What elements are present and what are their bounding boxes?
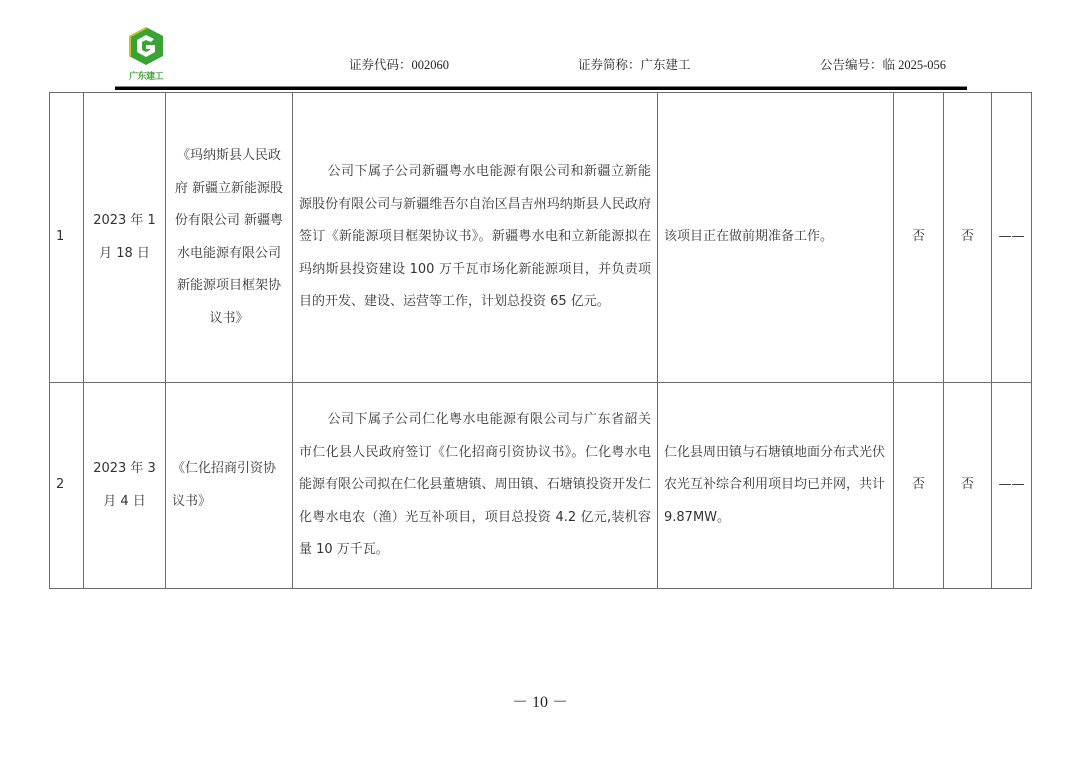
- header-divider: [115, 86, 967, 90]
- row-col7: 否: [944, 93, 992, 383]
- row-index: 1: [50, 93, 84, 383]
- row-date: 2023 年 1 月 18 日: [84, 93, 166, 383]
- row-index: 2: [50, 383, 84, 589]
- logo-g-icon: [127, 26, 165, 66]
- row-description-text: 公司下属子公司仁化粤水电能源有限公司与广东省韶关市仁化县人民政府签订《仁化招商引…: [299, 412, 651, 557]
- logo-text: 广东建工: [121, 69, 171, 82]
- row-col8: ——: [992, 383, 1032, 589]
- row-progress: 仁化县周田镇与石塘镇地面分布式光伏农光互补综合利用项目均已并网，共计 9.87M…: [658, 383, 894, 589]
- stock-name: 证券简称：广东建工: [578, 55, 691, 73]
- row-date: 2023 年 3 月 4 日: [84, 383, 166, 589]
- announcement-number: 公告编号：临 2025-056: [820, 55, 946, 73]
- row-agreement: 《仁化招商引资协议书》: [166, 383, 293, 589]
- company-logo: 广东建工: [121, 26, 171, 82]
- row-description-text: 公司下属子公司新疆粤水电能源有限公司和新疆立新能源股份有限公司与新疆维吾尔自治区…: [299, 164, 651, 309]
- agreements-table: 1 2023 年 1 月 18 日 《玛纳斯县人民政府 新疆立新能源股份有限公司…: [49, 92, 1032, 589]
- table-row: 1 2023 年 1 月 18 日 《玛纳斯县人民政府 新疆立新能源股份有限公司…: [50, 93, 1032, 383]
- row-col8: ——: [992, 93, 1032, 383]
- row-progress: 该项目正在做前期准备工作。: [658, 93, 894, 383]
- row-agreement: 《玛纳斯县人民政府 新疆立新能源股份有限公司 新疆粤水电能源有限公司新能源项目框…: [166, 93, 293, 383]
- row-col7: 否: [944, 383, 992, 589]
- row-col6: 否: [894, 93, 944, 383]
- page-number: － 10 －: [0, 689, 1080, 712]
- row-description: 公司下属子公司仁化粤水电能源有限公司与广东省韶关市仁化县人民政府签订《仁化招商引…: [293, 383, 658, 589]
- table-row: 2 2023 年 3 月 4 日 《仁化招商引资协议书》 公司下属子公司仁化粤水…: [50, 383, 1032, 589]
- row-description: 公司下属子公司新疆粤水电能源有限公司和新疆立新能源股份有限公司与新疆维吾尔自治区…: [293, 93, 658, 383]
- stock-code: 证券代码：002060: [349, 55, 449, 73]
- row-col6: 否: [894, 383, 944, 589]
